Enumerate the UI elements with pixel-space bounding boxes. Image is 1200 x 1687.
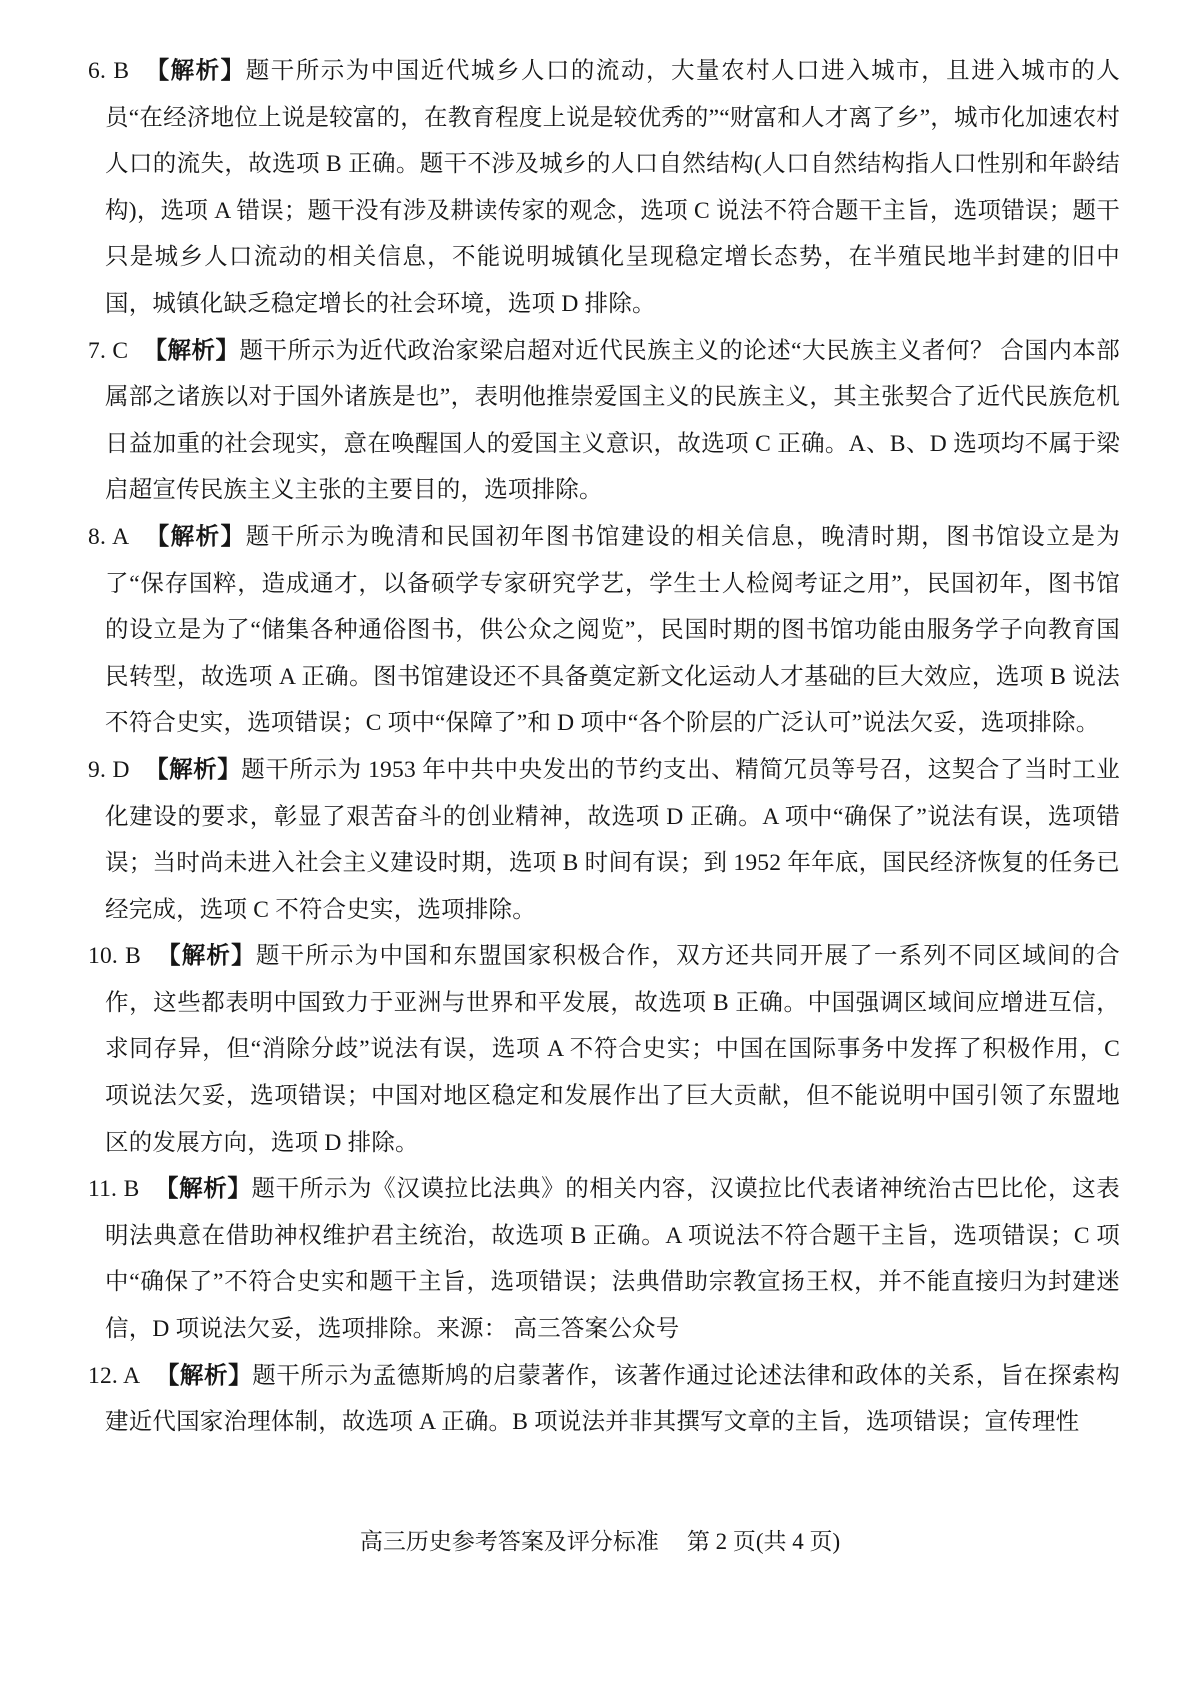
analysis-label: 【解析】 <box>156 943 256 969</box>
analysis-text-7: 题干所示为近代政治家梁启超对近代民族主义的论述“大民族主义者何？ 合国内本部属部… <box>105 338 1120 504</box>
analysis-text-12: 题干所示为孟德斯鸠的启蒙著作，该著作通过论述法律和政体的关系，旨在探索构建近代国… <box>105 1363 1120 1436</box>
analysis-label: 【解析】 <box>144 524 245 550</box>
question-number-7: 7. C <box>88 338 128 364</box>
question-number-6: 6. B <box>88 58 129 84</box>
question-number-11: 11. B <box>88 1176 140 1202</box>
footer-page-number: 第 2 页(共 4 页) <box>687 1529 840 1554</box>
footer-title: 高三历史参考答案及评分标准 <box>360 1529 659 1554</box>
analysis-text-10: 题干所示为中国和东盟国家积极合作，双方还共同开展了一系列不同区域间的合作，这些都… <box>105 943 1120 1155</box>
question-number-12: 12. A <box>88 1363 140 1389</box>
analysis-text-8: 题干所示为晚清和民国初年图书馆建设的相关信息，晚清时期，图书馆设立是为了“保存国… <box>105 524 1120 736</box>
question-number-9: 9. D <box>88 757 130 783</box>
answer-item-11: 11. B【解析】题干所示为《汉谟拉比法典》的相关内容，汉谟拉比代表诸神统治古巴… <box>88 1166 1120 1352</box>
analysis-label: 【解析】 <box>144 58 245 84</box>
analysis-text-11: 题干所示为《汉谟拉比法典》的相关内容，汉谟拉比代表诸神统治古巴比伦，这表明法典意… <box>105 1176 1120 1342</box>
analysis-label: 【解析】 <box>143 338 239 364</box>
analysis-label: 【解析】 <box>145 757 242 783</box>
question-number-8: 8. A <box>88 524 129 550</box>
analysis-label: 【解析】 <box>155 1176 252 1202</box>
answer-list: 6. B【解析】题干所示为中国近代城乡人口的流动，大量农村人口进入城市，且进入城… <box>88 48 1120 1446</box>
answer-item-6: 6. B【解析】题干所示为中国近代城乡人口的流动，大量农村人口进入城市，且进入城… <box>88 48 1120 328</box>
analysis-text-9: 题干所示为 1953 年中共中央发出的节约支出、精简冗员等号召，这契合了当时工业… <box>105 757 1120 923</box>
answer-item-9: 9. D【解析】题干所示为 1953 年中共中央发出的节约支出、精简冗员等号召，… <box>88 747 1120 933</box>
answer-item-8: 8. A【解析】题干所示为晚清和民国初年图书馆建设的相关信息，晚清时期，图书馆设… <box>88 514 1120 747</box>
question-number-10: 10. B <box>88 943 141 969</box>
answer-item-7: 7. C【解析】题干所示为近代政治家梁启超对近代民族主义的论述“大民族主义者何？… <box>88 328 1120 514</box>
page-footer: 高三历史参考答案及评分标准第 2 页(共 4 页) <box>0 1527 1200 1557</box>
answer-item-12: 12. A【解析】题干所示为孟德斯鸠的启蒙著作，该著作通过论述法律和政体的关系，… <box>88 1353 1120 1446</box>
analysis-label: 【解析】 <box>155 1363 252 1389</box>
analysis-text-6: 题干所示为中国近代城乡人口的流动，大量农村人口进入城市，且进入城市的人员“在经济… <box>105 58 1120 317</box>
document-page: 6. B【解析】题干所示为中国近代城乡人口的流动，大量农村人口进入城市，且进入城… <box>0 0 1200 1687</box>
answer-item-10: 10. B【解析】题干所示为中国和东盟国家积极合作，双方还共同开展了一系列不同区… <box>88 933 1120 1166</box>
